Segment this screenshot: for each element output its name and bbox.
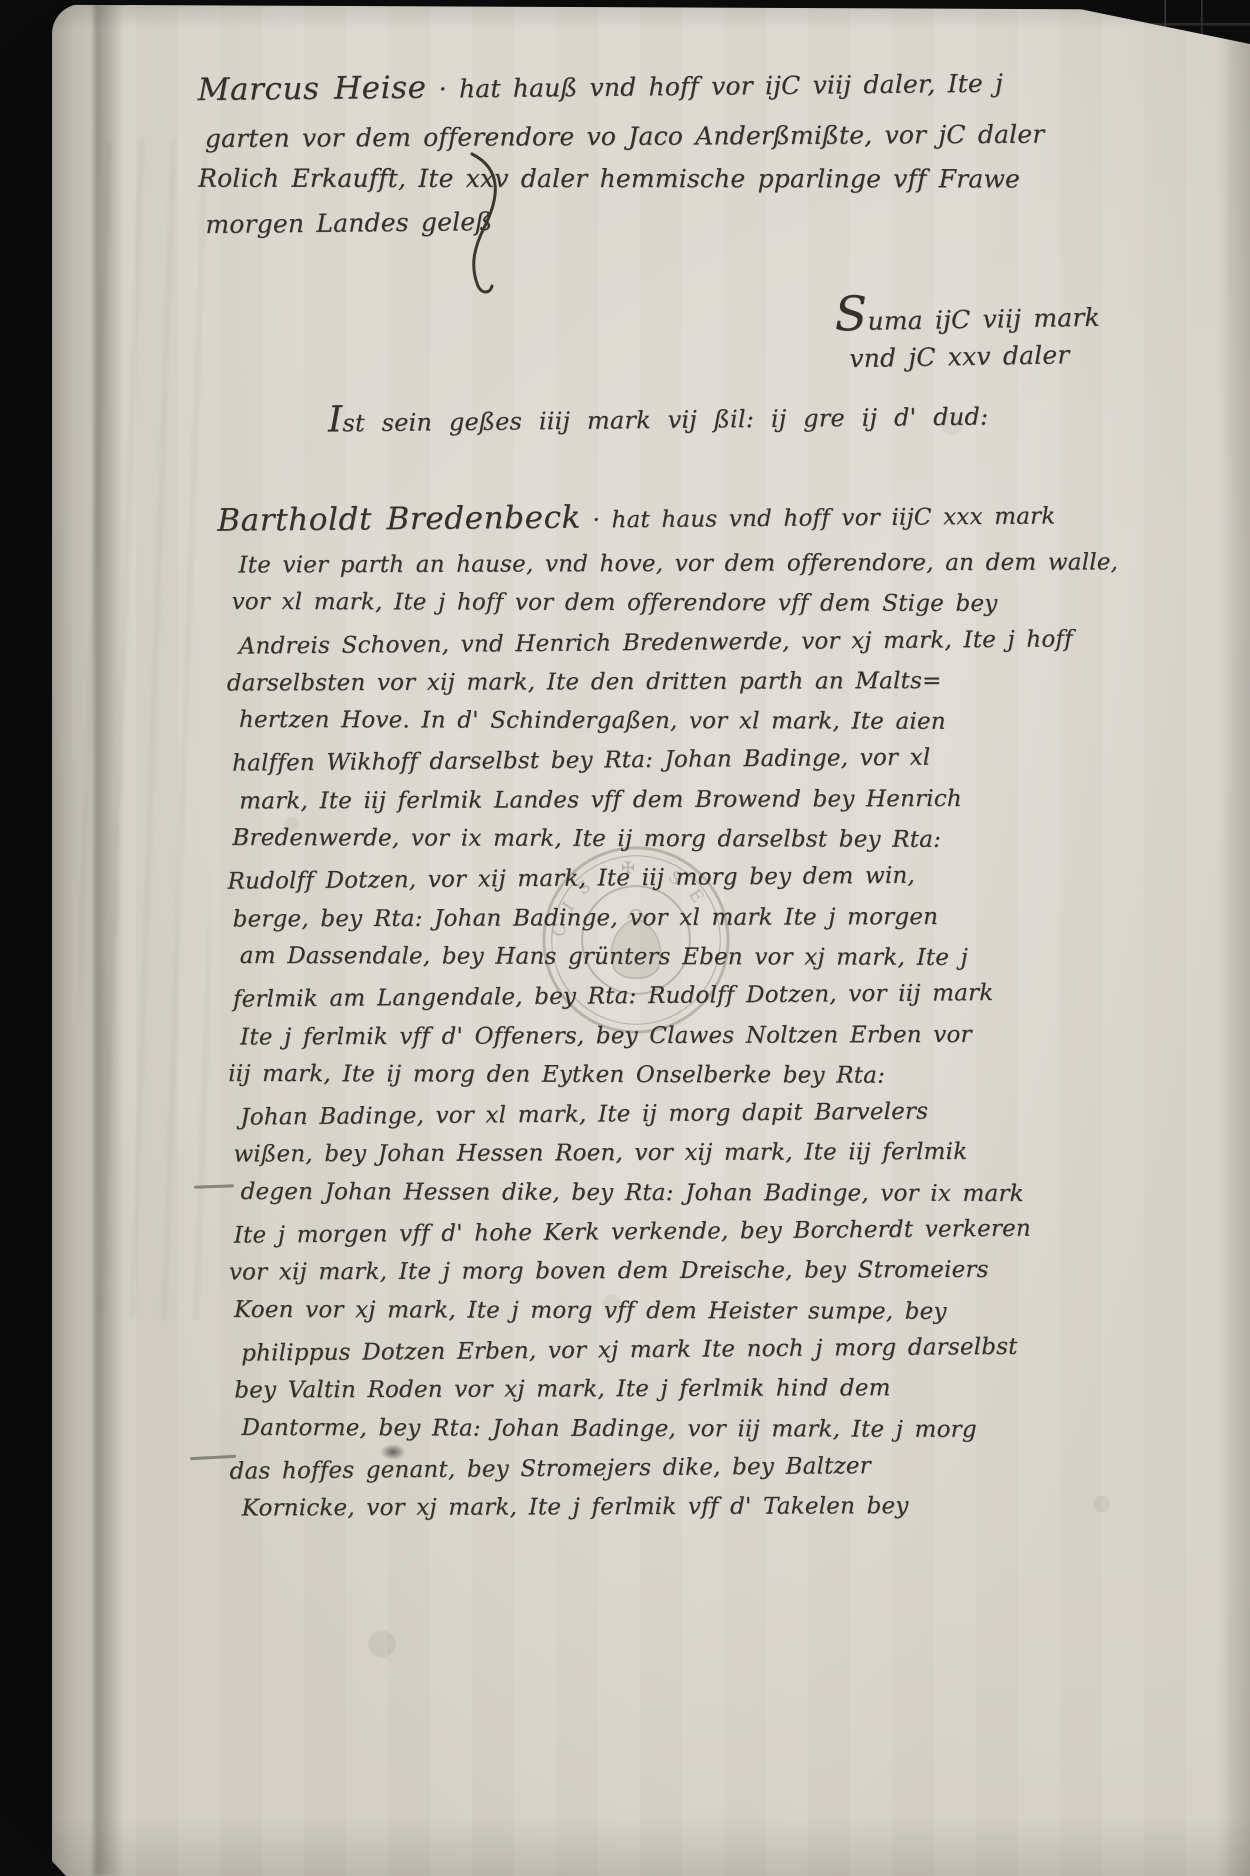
manuscript-line: am Dassendale, bey Hans grünters Eben vo… xyxy=(240,937,1063,978)
manuscript-line: darselbsten vor xij mark, Ite den dritte… xyxy=(227,661,1062,703)
manuscript-line: Rudolff Dotzen, vor xij mark, Ite iij mo… xyxy=(227,856,1062,903)
ink-blot xyxy=(380,1444,406,1460)
manuscript-line: ferlmik am Langendale, bey Rta: Rudolff … xyxy=(233,974,1063,1021)
manuscript-line: Rolich Erkaufft, Ite xxv daler hemmische… xyxy=(198,158,978,201)
manuscript-line: Andreis Schoven, vnd Henrich Bredenwerde… xyxy=(239,620,1062,666)
entry-marcus-heise: Marcus Heise · hat hauß vnd hoff vor ijC… xyxy=(198,56,979,244)
manuscript-line: das hoffes genant, bey Stromejers dike, … xyxy=(229,1445,1064,1492)
manuscript-line: degen Johan Hessen dike, bey Rta: Johan … xyxy=(241,1173,1064,1214)
manuscript-line: wißen, bey Johan Hessen Roen, vor xij ma… xyxy=(233,1133,1063,1175)
manuscript-line: Johan Badinge, vor xl mark, Ite ij morg … xyxy=(240,1092,1063,1138)
entry-heading-rest: · hat hauß vnd hoff vor ijC viij daler, … xyxy=(439,69,1004,104)
entry-heading-name: Bartholdt Bredenbeck xyxy=(217,500,581,539)
summa-line-1: Suma ijC viij mark xyxy=(834,292,1100,341)
manuscript-line: Dantorme, bey Rta: Johan Badinge, vor ii… xyxy=(241,1408,1064,1449)
entry-heading-rest: · hat haus vnd hoff vor iijC xxx mark xyxy=(592,503,1055,533)
page-fold-shadow xyxy=(94,0,124,1876)
flourish-stroke xyxy=(472,154,495,292)
manuscript-line: hertzen Hove. In d' Schindergaßen, vor x… xyxy=(239,701,1062,742)
summa-line-2: vnd jC xxv daler xyxy=(849,336,1101,377)
manuscript-line: bey Valtin Roden vor xj mark, Ite j ferl… xyxy=(234,1369,1064,1411)
manuscript-line: Koen vor xj mark, Ite j morg vff dem Hei… xyxy=(234,1291,1064,1332)
manuscript-line: mark, Ite iij ferlmik Landes vff dem Bro… xyxy=(239,779,1062,821)
manuscript-line: philippus Dotzen Erben, vor xj mark Ite … xyxy=(241,1327,1064,1373)
interest-line: Ist sein geßes iiij mark vij ßil: ij gre… xyxy=(328,393,989,441)
manuscript-line: vor xij mark, Ite j morg boven dem Dreis… xyxy=(229,1251,1064,1293)
entry-heading-line: Bartholdt Bredenbeck · hat haus vnd hoff… xyxy=(217,488,1061,548)
manuscript-line: Bredenwerde, vor ix mark, Ite ij morg da… xyxy=(232,819,1062,860)
manuscript-scan: CIS ✠ SE Marcus Heise · hat hauß vnd hof… xyxy=(0,0,1250,1876)
summa-block: Suma ijC viij mark vnd jC xxv daler xyxy=(834,292,1101,378)
manuscript-line: berge, bey Rta: Johan Badinge, vor xl ma… xyxy=(233,897,1063,939)
pen-flourish xyxy=(438,148,528,298)
entry-heading-line: Marcus Heise · hat hauß vnd hoff vor ijC… xyxy=(197,54,978,120)
entry-bartholdt-bredenbeck: Bartholdt Bredenbeck · hat haus vnd hoff… xyxy=(231,491,1065,1529)
manuscript-line: Kornicke, vor xj mark, Ite j ferlmik vff… xyxy=(242,1487,1065,1529)
manuscript-line: Ite j ferlmik vff d' Offeners, bey Clawe… xyxy=(240,1015,1063,1057)
manuscript-line: Ite vier parth an hause, vnd hove, vor d… xyxy=(238,544,1061,586)
manuscript-line: iij mark, Ite ij morg den Eytken Onselbe… xyxy=(228,1055,1063,1096)
manuscript-line: vor xl mark, Ite j hoff vor dem offerend… xyxy=(232,583,1062,624)
manuscript-line: Ite j morgen vff d' hohe Kerk verkende, … xyxy=(234,1209,1064,1256)
manuscript-line: halffen Wikhoff darselbst bey Rta: Johan… xyxy=(232,738,1062,785)
entry-heading-name: Marcus Heise xyxy=(197,70,426,108)
manuscript-line: morgen Landes geleß xyxy=(205,196,978,246)
manuscript-line: garten vor dem offerendore vo Jaco Ander… xyxy=(205,114,978,160)
